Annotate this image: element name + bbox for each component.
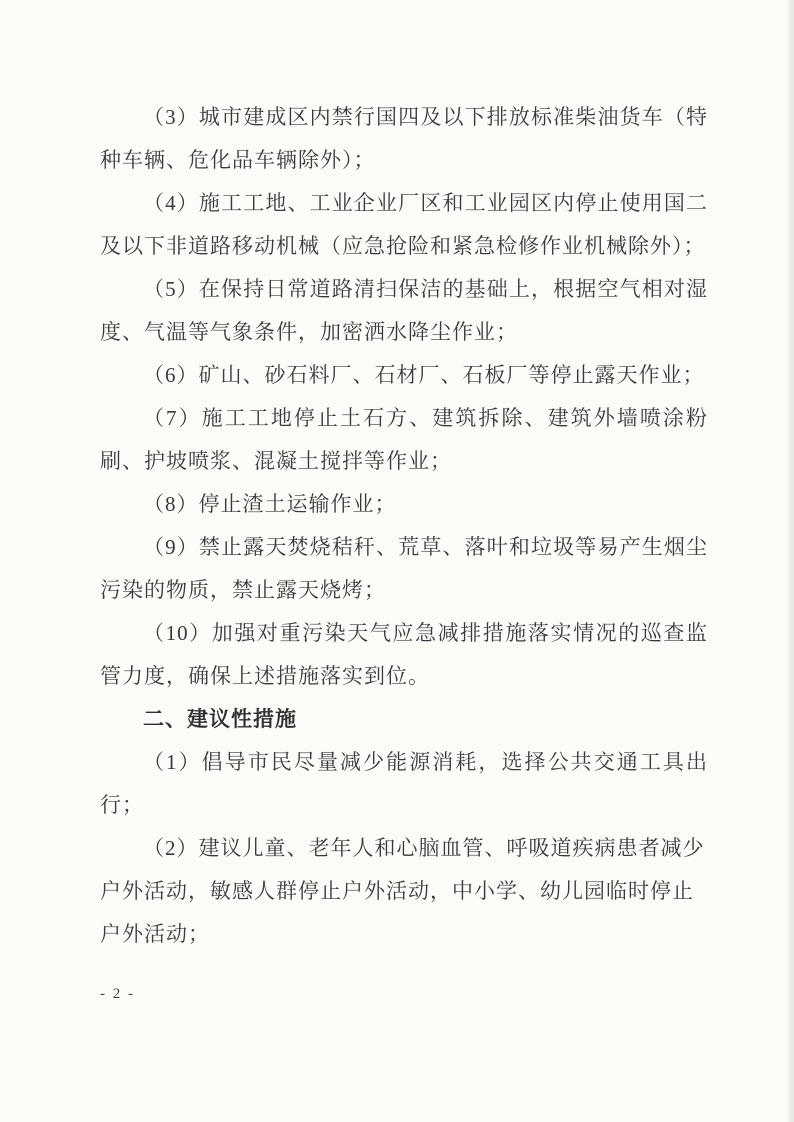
document-page: （3）城市建成区内禁行国四及以下排放标准柴油货车（特种车辆、危化品车辆除外）； … [0,0,794,1122]
scan-edge-shadow [786,0,794,1122]
paragraph-item-4: （4）施工工地、工业企业厂区和工业园区内停止使用国二及以下非道路移动机械（应急抢… [100,182,708,268]
paragraph-item-9: （9）禁止露天焚烧秸秆、荒草、落叶和垃圾等易产生烟尘污染的物质，禁止露天烧烤； [100,526,708,612]
paragraph-item-1: （1）倡导市民尽量减少能源消耗，选择公共交通工具出行； [100,741,708,827]
section-heading-advisory-measures: 二、建议性措施 [100,698,708,741]
paragraph-item-10: （10）加强对重污染天气应急减排措施落实情况的巡查监管力度，确保上述措施落实到位… [100,612,708,698]
paragraph-item-8: （8）停止渣土运输作业； [100,483,708,526]
paragraph-item-7: （7）施工工地停止土石方、建筑拆除、建筑外墙喷涂粉刷、护坡喷浆、混凝土搅拌等作业… [100,397,708,483]
page-number: - 2 - [100,984,135,1004]
paragraph-item-5: （5）在保持日常道路清扫保洁的基础上，根据空气相对湿度、气温等气象条件，加密洒水… [100,268,708,354]
paragraph-item-2: （2）建议儿童、老年人和心脑血管、呼吸道疾病患者减少户外活动，敏感人群停止户外活… [100,827,708,956]
document-body: （3）城市建成区内禁行国四及以下排放标准柴油货车（特种车辆、危化品车辆除外）； … [100,96,708,956]
paragraph-item-3: （3）城市建成区内禁行国四及以下排放标准柴油货车（特种车辆、危化品车辆除外）； [100,96,708,182]
paragraph-item-6: （6）矿山、砂石料厂、石材厂、石板厂等停止露天作业； [100,354,708,397]
